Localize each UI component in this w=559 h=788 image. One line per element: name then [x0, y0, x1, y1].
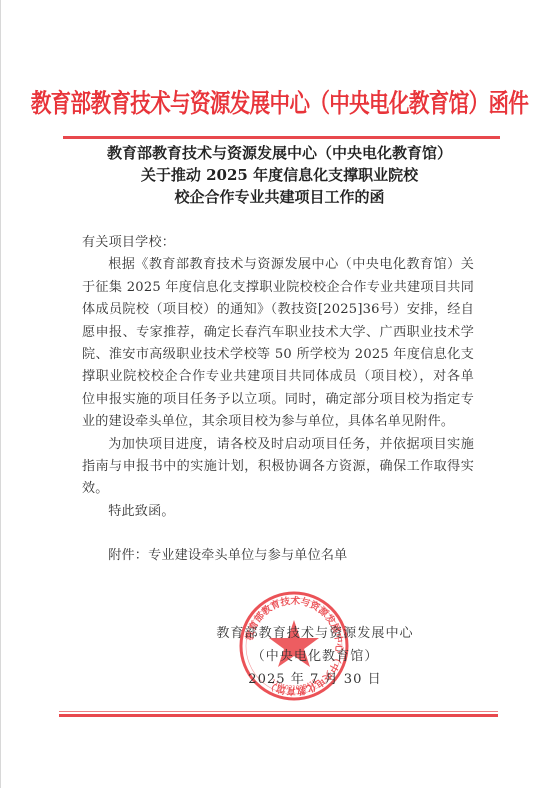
- letterhead-title: 教育部教育技术与资源发展中心（中央电化教育馆）函件: [0, 82, 559, 120]
- footer-divider-thick: [59, 714, 498, 717]
- signature-org: 教育部教育技术与资源发展中心: [200, 622, 430, 645]
- body-paragraph-2: 为加快项目进度，请各校及时启动项目任务，并依据项目实施指南与申报书中的实施计划，…: [82, 434, 474, 501]
- document-title: 教育部教育技术与资源发展中心（中央电化教育馆） 关于推动 2025 年度信息化支…: [0, 142, 559, 208]
- title-line-3: 校企合作专业共建项目工作的函: [0, 186, 559, 208]
- signature-block: 教育部教育技术与资源发展中心 （中央电化教育馆） 2025 年 7 月 30 日: [200, 622, 430, 691]
- spacer: [82, 523, 474, 545]
- footer-divider-thin: [59, 711, 498, 712]
- title-line-1: 教育部教育技术与资源发展中心（中央电化教育馆）: [0, 142, 559, 164]
- salutation: 有关项目学校：: [82, 232, 474, 254]
- signature-date: 2025 年 7 月 30 日: [200, 668, 430, 691]
- closing-phrase: 特此致函。: [82, 501, 474, 523]
- title-line-2: 关于推动 2025 年度信息化支撑职业院校: [0, 164, 559, 186]
- attachment-line: 附件：专业建设牵头单位与参与单位名单: [82, 545, 474, 567]
- letterhead-divider: [63, 136, 500, 139]
- document-body: 有关项目学校： 根据《教育部教育技术与资源发展中心（中央电化教育馆）关于征集 2…: [82, 232, 474, 568]
- body-paragraph-1: 根据《教育部教育技术与资源发展中心（中央电化教育馆）关于征集 2025 年度信息…: [82, 254, 474, 433]
- signature-org-alt: （中央电化教育馆）: [200, 645, 430, 668]
